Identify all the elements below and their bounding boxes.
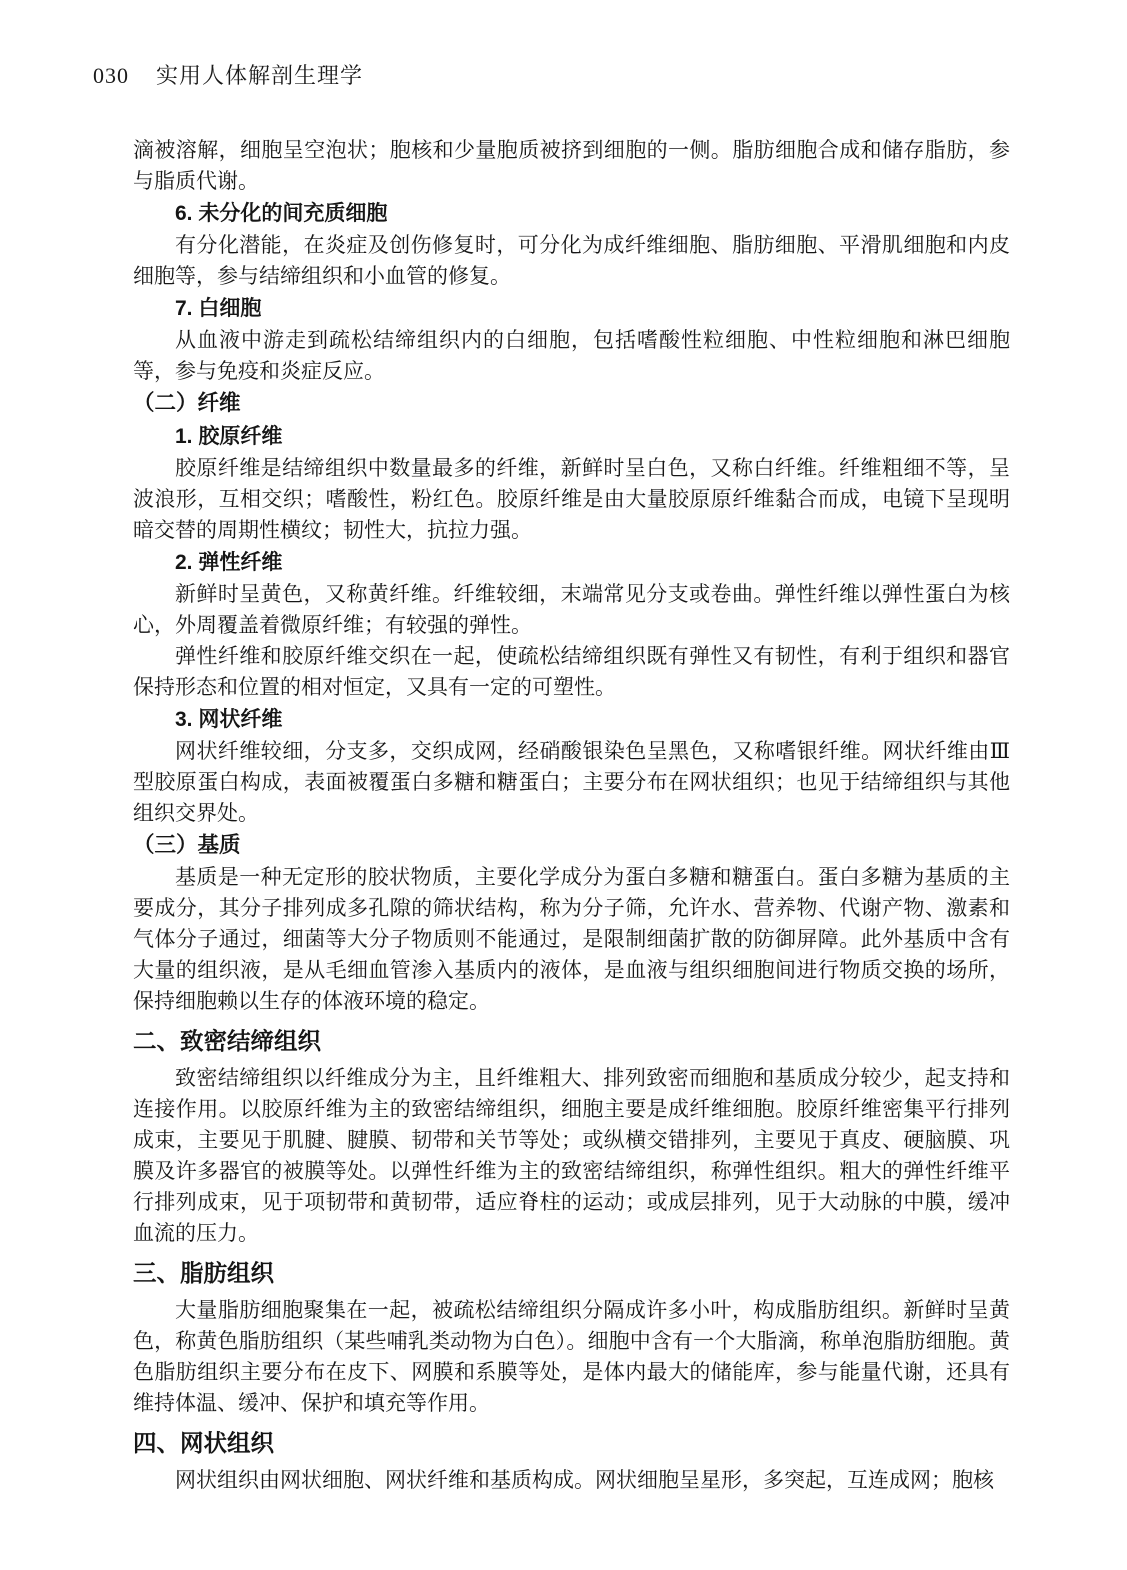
section-heading-numbered: 3. 网状纤维 [133, 703, 1010, 736]
page: 030 实用人体解剖生理学 滴被溶解，细胞呈空泡状；胞核和少量胞质被挤到细胞的一… [0, 0, 1127, 1570]
paragraph: 网状组织由网状细胞、网状纤维和基质构成。网状细胞呈星形，多突起，互连成网；胞核 [133, 1465, 1010, 1496]
paragraph: 从血液中游走到疏松结缔组织内的白细胞，包括嗜酸性粒细胞、中性粒细胞和淋巴细胞等，… [133, 325, 1010, 387]
paragraph: 基质是一种无定形的胶状物质，主要化学成分为蛋白多糖和糖蛋白。蛋白多糖为基质的主要… [133, 862, 1010, 1017]
section-heading-numbered: 1. 胶原纤维 [133, 420, 1010, 453]
paragraph: 新鲜时呈黄色，又称黄纤维。纤维较细，末端常见分支或卷曲。弹性纤维以弹性蛋白为核心… [133, 579, 1010, 641]
book-title: 实用人体解剖生理学 [156, 62, 363, 90]
paragraph-continuation: 滴被溶解，细胞呈空泡状；胞核和少量胞质被挤到细胞的一侧。脂肪细胞合成和储存脂肪，… [133, 135, 1010, 197]
page-number-folio: 030 [93, 62, 129, 90]
section-heading-paren: （二）纤维 [133, 387, 1010, 420]
section-heading-major: 四、网状组织 [133, 1425, 1010, 1461]
page-body: 滴被溶解，细胞呈空泡状；胞核和少量胞质被挤到细胞的一侧。脂肪细胞合成和储存脂肪，… [133, 135, 1010, 1496]
section-heading-numbered: 7. 白细胞 [133, 292, 1010, 325]
section-heading-major: 二、致密结缔组织 [133, 1023, 1010, 1059]
section-heading-numbered: 2. 弹性纤维 [133, 546, 1010, 579]
section-heading-major: 三、脂肪组织 [133, 1255, 1010, 1291]
paragraph: 有分化潜能，在炎症及创伤修复时，可分化为成纤维细胞、脂肪细胞、平滑肌细胞和内皮细… [133, 230, 1010, 292]
paragraph: 胶原纤维是结缔组织中数量最多的纤维，新鲜时呈白色，又称白纤维。纤维粗细不等，呈波… [133, 453, 1010, 546]
paragraph: 大量脂肪细胞聚集在一起，被疏松结缔组织分隔成许多小叶，构成脂肪组织。新鲜时呈黄色… [133, 1295, 1010, 1419]
paragraph: 网状纤维较细，分支多，交织成网，经硝酸银染色呈黑色，又称嗜银纤维。网状纤维由Ⅲ型… [133, 736, 1010, 829]
page-header: 030 实用人体解剖生理学 [93, 62, 363, 90]
section-heading-paren: （三）基质 [133, 829, 1010, 862]
paragraph: 弹性纤维和胶原纤维交织在一起，使疏松结缔组织既有弹性又有韧性，有利于组织和器官保… [133, 641, 1010, 703]
section-heading-numbered: 6. 未分化的间充质细胞 [133, 197, 1010, 230]
paragraph: 致密结缔组织以纤维成分为主，且纤维粗大、排列致密而细胞和基质成分较少，起支持和连… [133, 1063, 1010, 1249]
